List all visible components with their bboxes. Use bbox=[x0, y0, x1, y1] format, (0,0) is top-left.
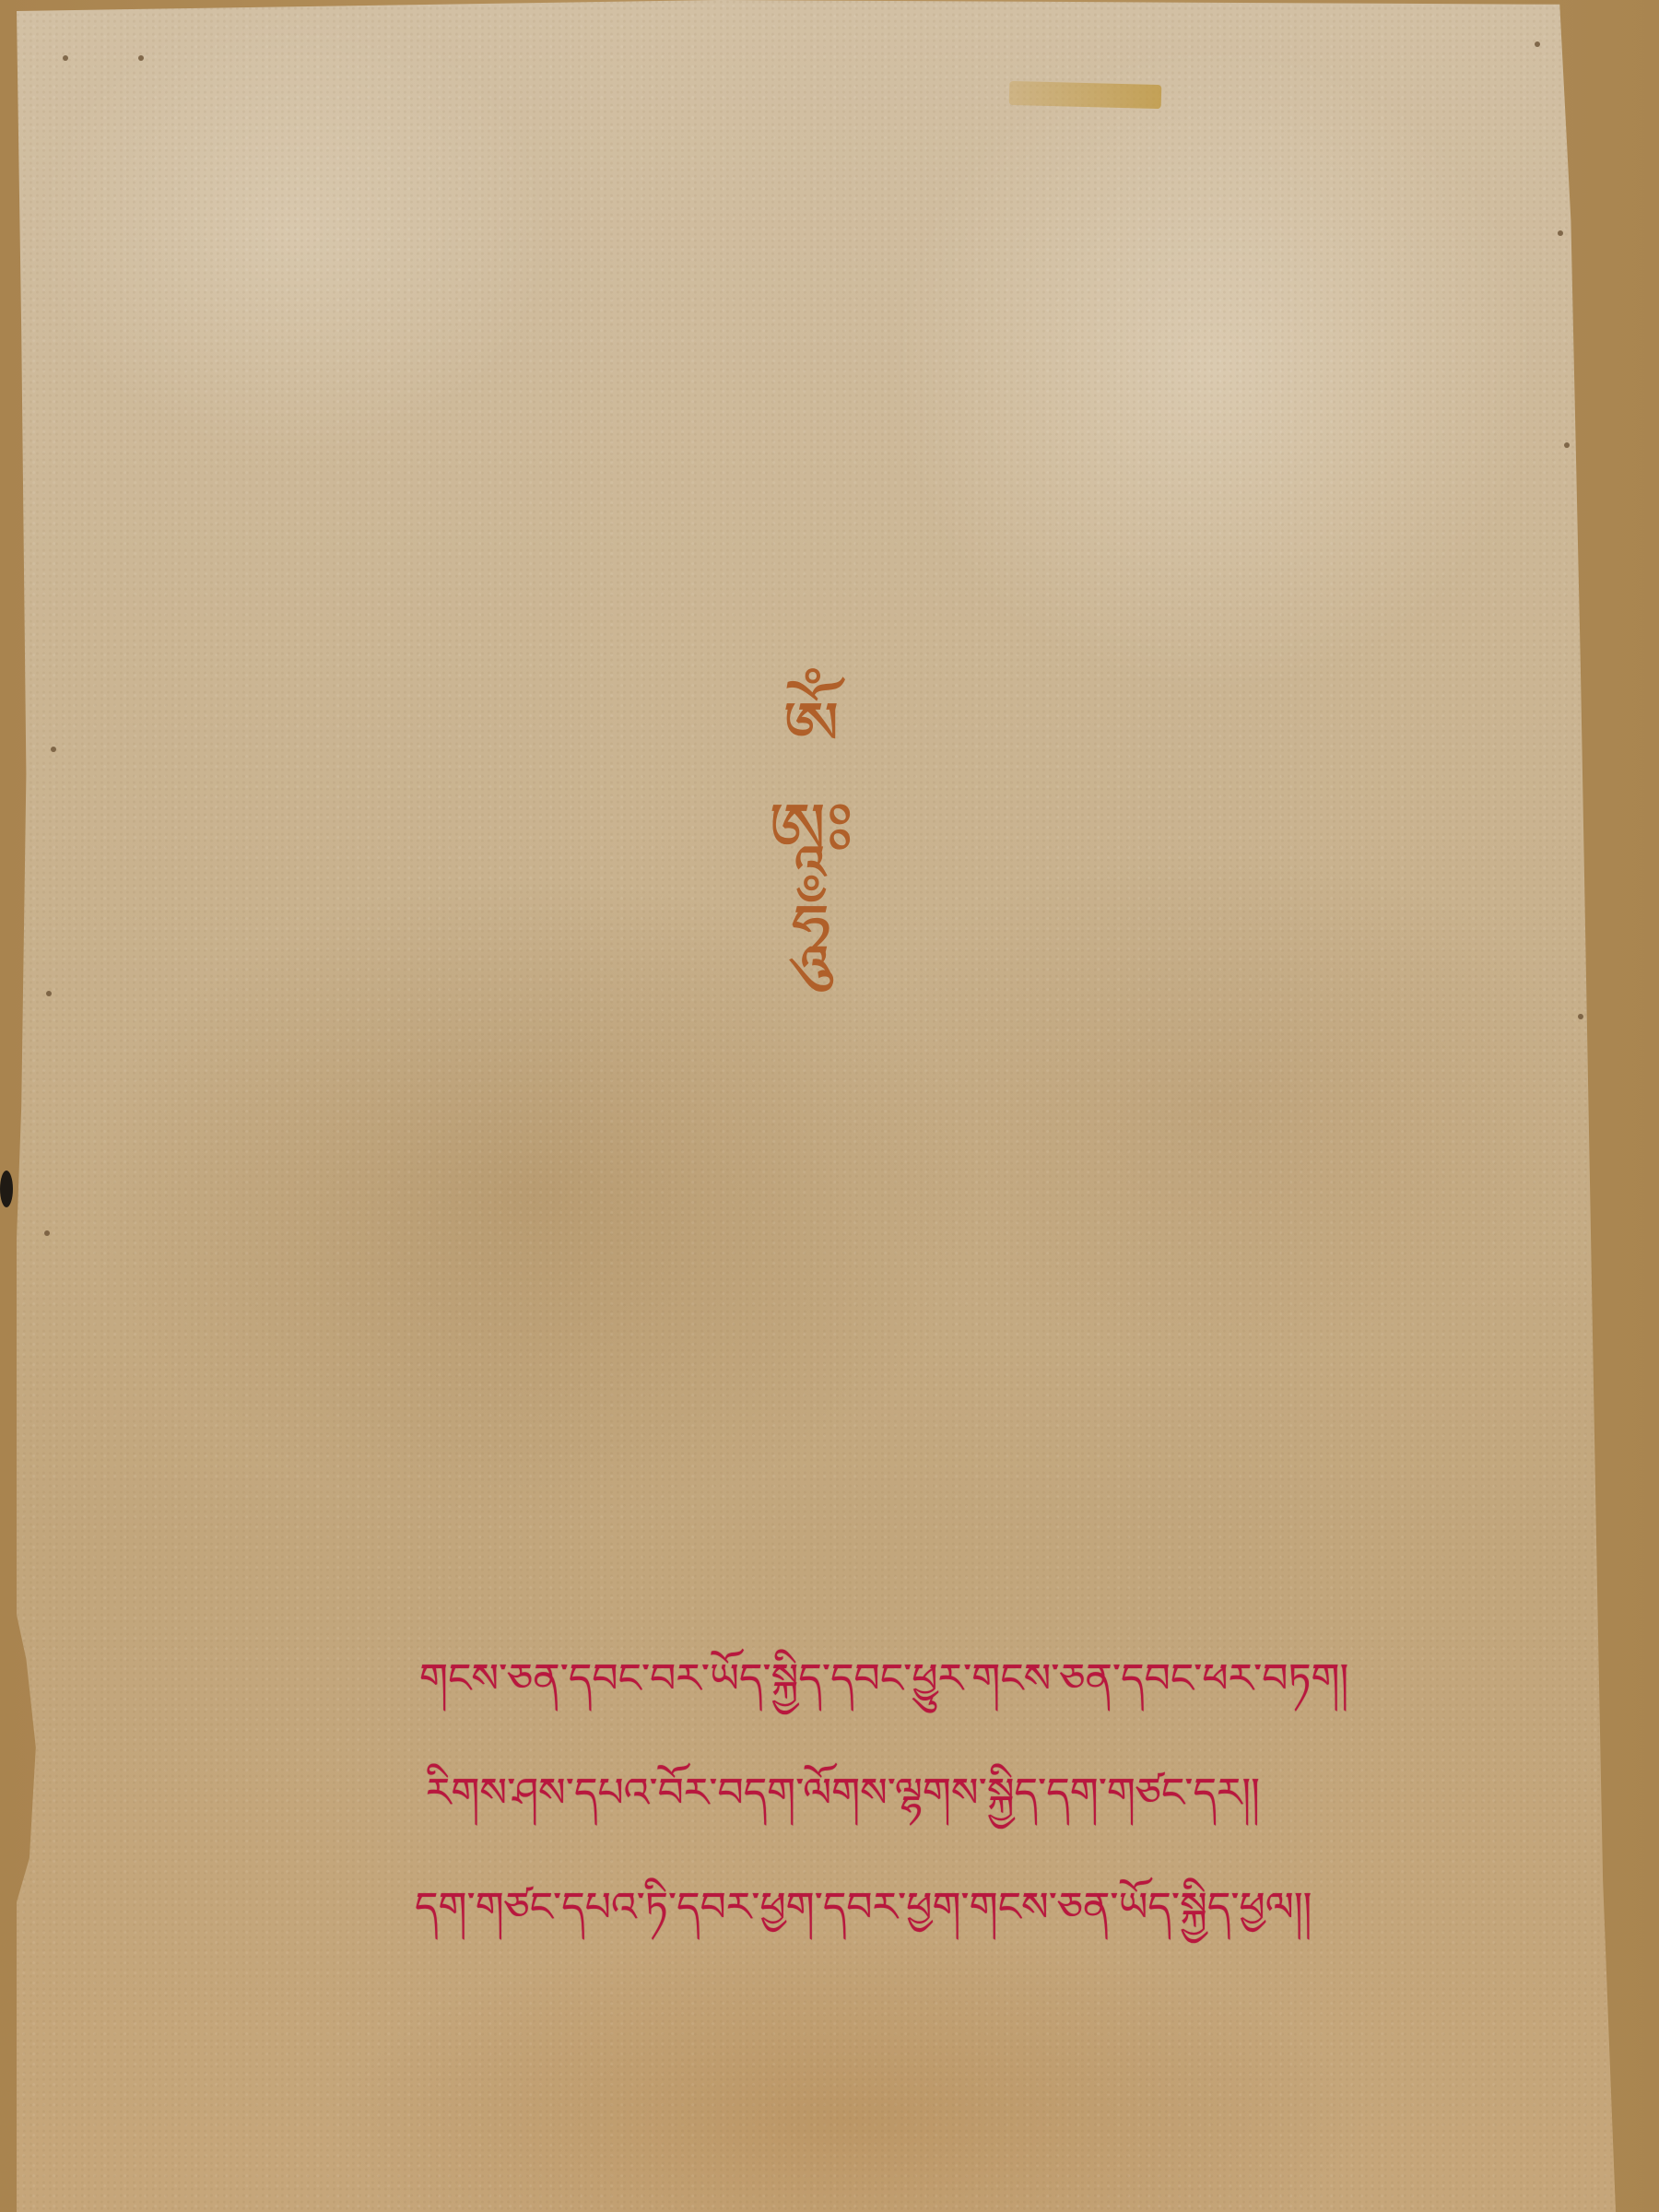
pin-hole bbox=[46, 991, 52, 996]
seed-syllables: ཨོཾ ཨཱཿ ཧཱུྃ bbox=[728, 677, 894, 982]
seed-syllable-hum: ཧཱུྃ bbox=[728, 880, 894, 982]
seed-syllable-om: ཨོཾ bbox=[728, 677, 894, 779]
pin-hole bbox=[44, 1230, 50, 1236]
seed-syllable-ah: ཨཱཿ bbox=[728, 779, 894, 880]
pin-hole bbox=[63, 55, 68, 61]
pin-hole bbox=[51, 747, 56, 752]
tibetan-verse: གངས་ཅན་དབང་བར་ཡོད་སྐྱིད་དབང་ཕྱུར་གངས་ཅན་… bbox=[419, 1622, 1470, 1965]
verse-line-2: རིགས་ཤས་དཔའ་བོར་བདག་ལོགས་ལྷགས་སྐྱིད་དག་ག… bbox=[426, 1736, 1470, 1851]
edge-dark-spot bbox=[0, 1171, 13, 1207]
verse-line-1: གངས་ཅན་དབང་བར་ཡོད་སྐྱིད་དབང་ཕྱུར་གངས་ཅན་… bbox=[419, 1622, 1470, 1736]
pin-hole bbox=[1564, 442, 1570, 448]
pin-hole bbox=[138, 55, 144, 61]
pin-hole bbox=[1578, 1014, 1583, 1019]
pin-hole bbox=[1535, 41, 1540, 47]
pin-hole bbox=[1558, 230, 1563, 236]
verse-line-3: དག་གཙང་དཔའ་ཏི་དབར་ཕྱག་དབར་ཕྱག་གངས་ཅན་ཡོད… bbox=[415, 1851, 1470, 1965]
tape-residue-mark bbox=[1009, 81, 1162, 109]
